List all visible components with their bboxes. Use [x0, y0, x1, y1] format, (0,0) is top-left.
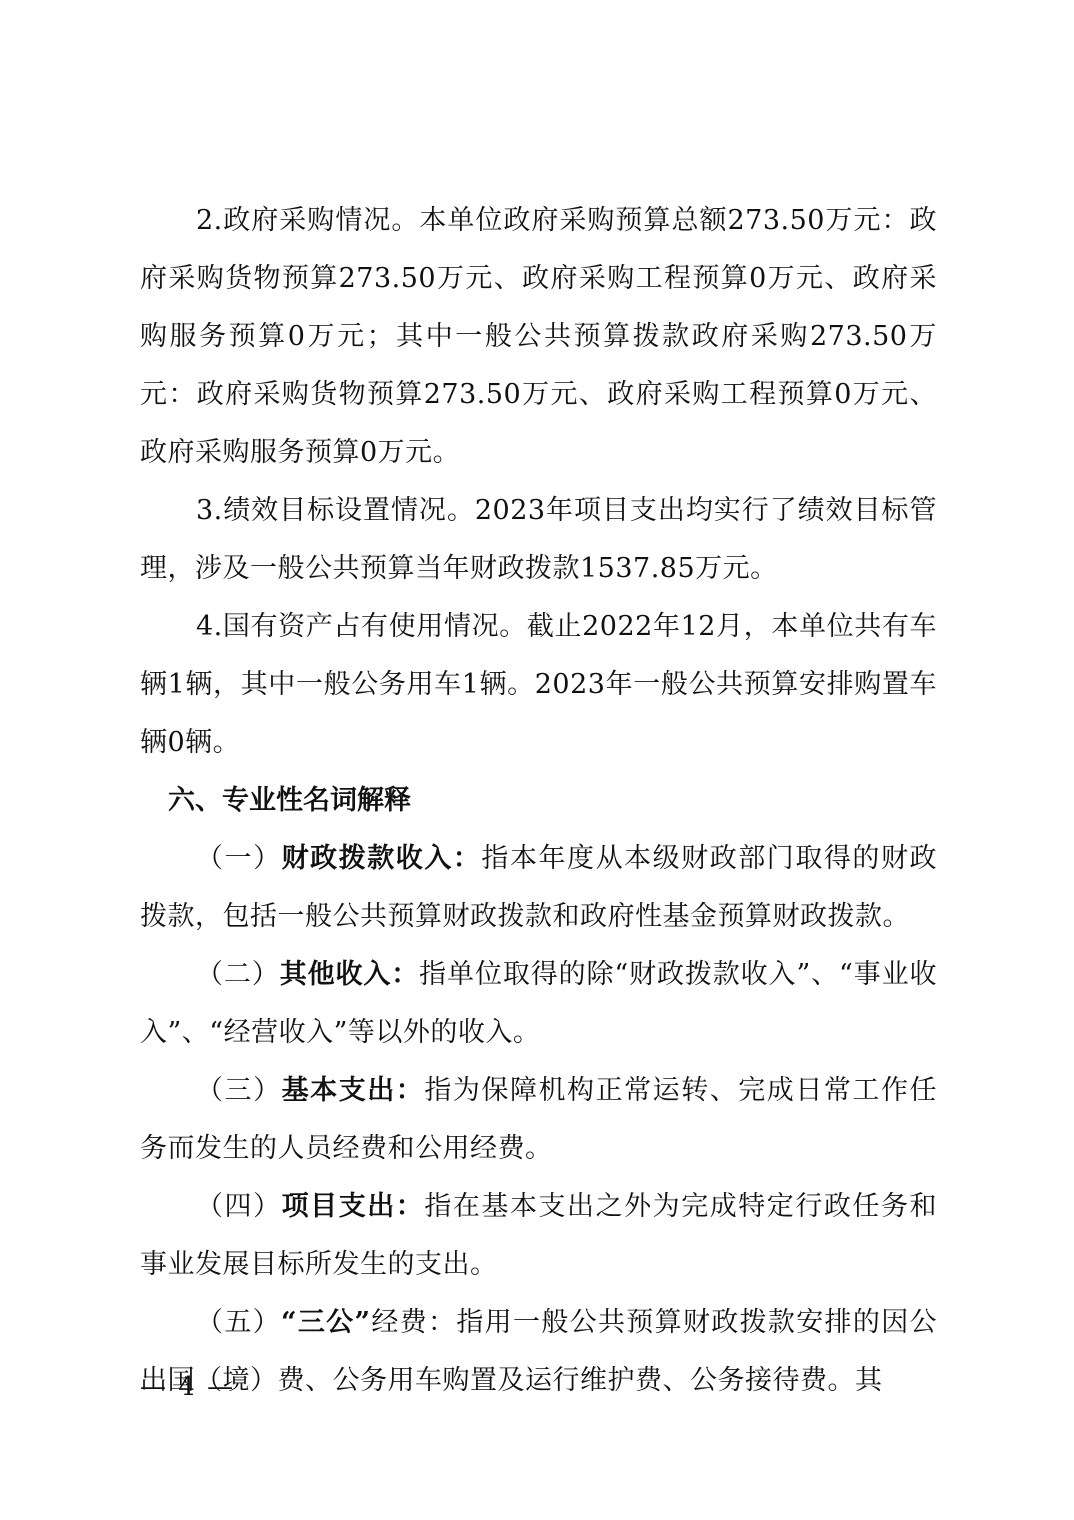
definition-other-income: （二）其他收入：指单位取得的除“财政拨款收入”、“事业收入”、“经营收入”等以外…	[140, 946, 937, 1062]
page-number: — 4 —	[140, 1372, 235, 1402]
definition-prefix: （四）	[196, 1191, 282, 1222]
document-body: 2.政府采购情况。本单位政府采购预算总额273.50万元：政府采购货物预算273…	[140, 192, 937, 1410]
definition-prefix: （三）	[196, 1075, 282, 1106]
definition-term: 项目支出：	[282, 1191, 425, 1222]
section-heading-terminology: 六、专业性名词解释	[140, 772, 937, 830]
definition-term: “三公”	[281, 1307, 371, 1338]
definition-three-public-expenses: （五）“三公”经费：指用一般公共预算财政拨款安排的因公出国（境）费、公务用车购置…	[140, 1294, 937, 1410]
definition-term: 财政拨款收入：	[282, 843, 482, 874]
definition-prefix: （五）	[196, 1307, 281, 1338]
definition-project-expenditure: （四）项目支出：指在基本支出之外为完成特定行政任务和事业发展目标所发生的支出。	[140, 1178, 937, 1294]
definition-term: 其他收入：	[280, 959, 419, 990]
definition-basic-expenditure: （三）基本支出：指为保障机构正常运转、完成日常工作任务而发生的人员经费和公用经费…	[140, 1062, 937, 1178]
paragraph-state-assets: 4.国有资产占有使用情况。截止2022年12月，本单位共有车辆1辆，其中一般公务…	[140, 598, 937, 772]
definition-term-suffix: 经费：	[371, 1307, 457, 1338]
definition-prefix: （二）	[196, 959, 280, 990]
definition-term: 基本支出：	[282, 1075, 425, 1106]
paragraph-performance-targets: 3.绩效目标设置情况。2023年项目支出均实行了绩效目标管理，涉及一般公共预算当…	[140, 482, 937, 598]
definition-fiscal-appropriation-income: （一）财政拨款收入：指本年度从本级财政部门取得的财政拨款，包括一般公共预算财政拨…	[140, 830, 937, 946]
paragraph-government-procurement: 2.政府采购情况。本单位政府采购预算总额273.50万元：政府采购货物预算273…	[140, 192, 937, 482]
definition-prefix: （一）	[196, 843, 282, 874]
